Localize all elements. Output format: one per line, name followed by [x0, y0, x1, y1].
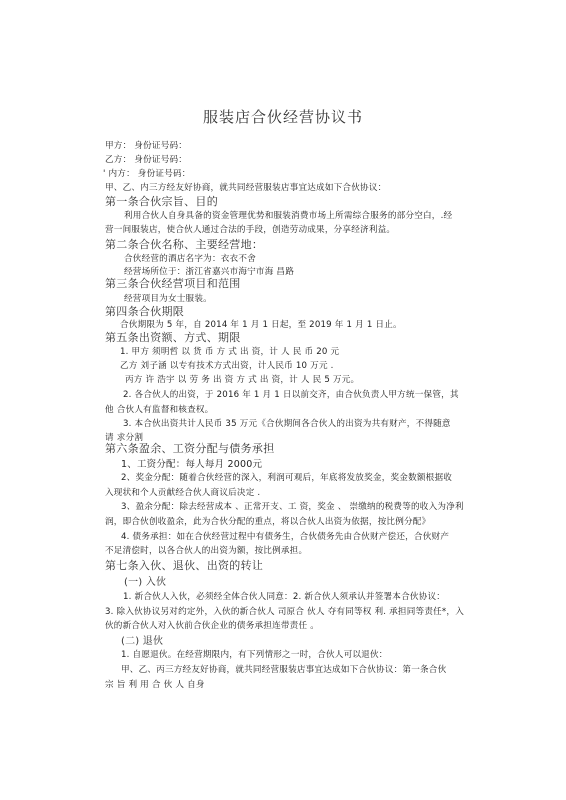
- article-1-line: 利用合伙人自身具备的资金管理优势和服装消费市场上所需综合服务的部分空白，.经: [124, 209, 452, 221]
- article-6-heading: 第六条盈余、工资分配与债务承担: [105, 440, 275, 456]
- article-5-line: 他 合伙人有监督和核查权。: [105, 403, 213, 415]
- article-5-line: 2. 各合伙人的出资，于 2016 年 1 月 1 日以前交齐，由合伙负责人甲方…: [123, 388, 459, 400]
- document-title: 服装店合伙经营协议书: [0, 106, 566, 127]
- article-7-section-2-line: 宗 旨 利 用 合 伙 人 自身: [105, 678, 205, 690]
- article-1-line: 营一间服装店，使合伙人通过合法的手段，创造劳动成果，分享经济利益。: [105, 223, 395, 235]
- article-6-line: 1、工资分配：每人每月 2000元: [121, 456, 262, 470]
- party-a-line: 甲方： 身份证号码：: [105, 139, 187, 151]
- article-7-heading: 第七条入伙、退伙、出资的转让: [105, 557, 263, 573]
- preamble: 甲、乙、内三方经友好协商，就共同经营服装店事宜达成如下合伙协议：: [105, 181, 386, 193]
- article-6-line: 入现状和个人贡献经合伙人商议后决定 .: [105, 486, 260, 498]
- article-2-line: 合伙经营的酒店名字为：衣衣不舍: [124, 252, 256, 264]
- article-1-heading: 第一条合伙宗旨、目的: [105, 193, 218, 209]
- article-6-line: 2、奖金分配：随着合伙经营的深入，利润可观后，年底将发放奖金，奖金数额根据收: [121, 471, 452, 483]
- article-7-section-1-heading: (一) 入伙: [124, 573, 166, 588]
- party-c-line: ' 内方： 身份证号码：: [103, 167, 191, 179]
- article-6-line: 4. 债务承担：如在合伙经营过程中有债务生，合伙债务先由合伙财产偿还，合伙财产: [121, 530, 449, 542]
- article-5-line: 3. 本合伙出资共计人民币 35 万元《合伙期间各合伙人的出资为共有财产，不得随…: [123, 417, 451, 429]
- article-5-heading: 第五条出资额、方式、期限: [105, 329, 241, 345]
- document-page: 服装店合伙经营协议书 甲方： 身份证号码： 乙方： 身份证号码： ' 内方： 身…: [0, 0, 566, 800]
- article-6-line: 3、盈余分配：除去经营成本 、正常开支、工 资，奖金 、 崇缴纳的税费等的收入为…: [121, 500, 464, 512]
- article-7-section-1-line: 伙的新合伙人对入伙前合伙企业的债务承担连带责任 。: [105, 619, 319, 631]
- article-5-line: 乙方 刘子涵 以专有技术方式出资，计人民币 10 万元 .: [120, 359, 334, 371]
- article-7-section-2-heading: (二) 退伙: [121, 632, 163, 647]
- article-5-line: 丙方 许 浩宇 以 劳 务 出 资 方 式 出 资，计 人 民 5 万元。: [125, 373, 359, 385]
- article-7-section-2-line: 1. 自愿退伙。在经营期限内，有下列情形之一时，合伙人可以退伙：: [121, 648, 388, 660]
- article-7-section-2-line: 甲、乙、丙三方经友好协商，就共同经营服装店事宜达成如下合伙协议：第一条合伙: [121, 663, 446, 675]
- article-6-line: 润，即合伙创收盈余，此为合伙分配的重点，将以合伙人出资为依据，按比例分配》: [105, 515, 430, 527]
- article-7-section-1-line: 3. 除入伙协议另对约定外，入伙的新合伙人 司原合 伙人 夺有同等权 利. 承担…: [105, 605, 464, 617]
- article-5-line: 1. 甲方 须明哲 以 货 币 方 式 出 资，计 人 民 币 20 元: [120, 345, 339, 357]
- article-7-section-1-line: 1. 新合伙人入伙，必须经全体合伙人同意：2. 新合伙人须承认并签署本合伙协议：: [123, 590, 445, 602]
- article-2-heading: 第二条合伙名称、主要经营地：: [105, 236, 263, 252]
- article-3-heading: 第三条合伙经营项目和范围: [105, 275, 241, 291]
- article-6-line: 不足清偿时，以各合伙人的出资为额，按比例承担。: [105, 544, 307, 556]
- article-4-heading: 第四条合伙期限: [105, 303, 184, 319]
- party-b-line: 乙方： 身份证号码：: [105, 153, 187, 165]
